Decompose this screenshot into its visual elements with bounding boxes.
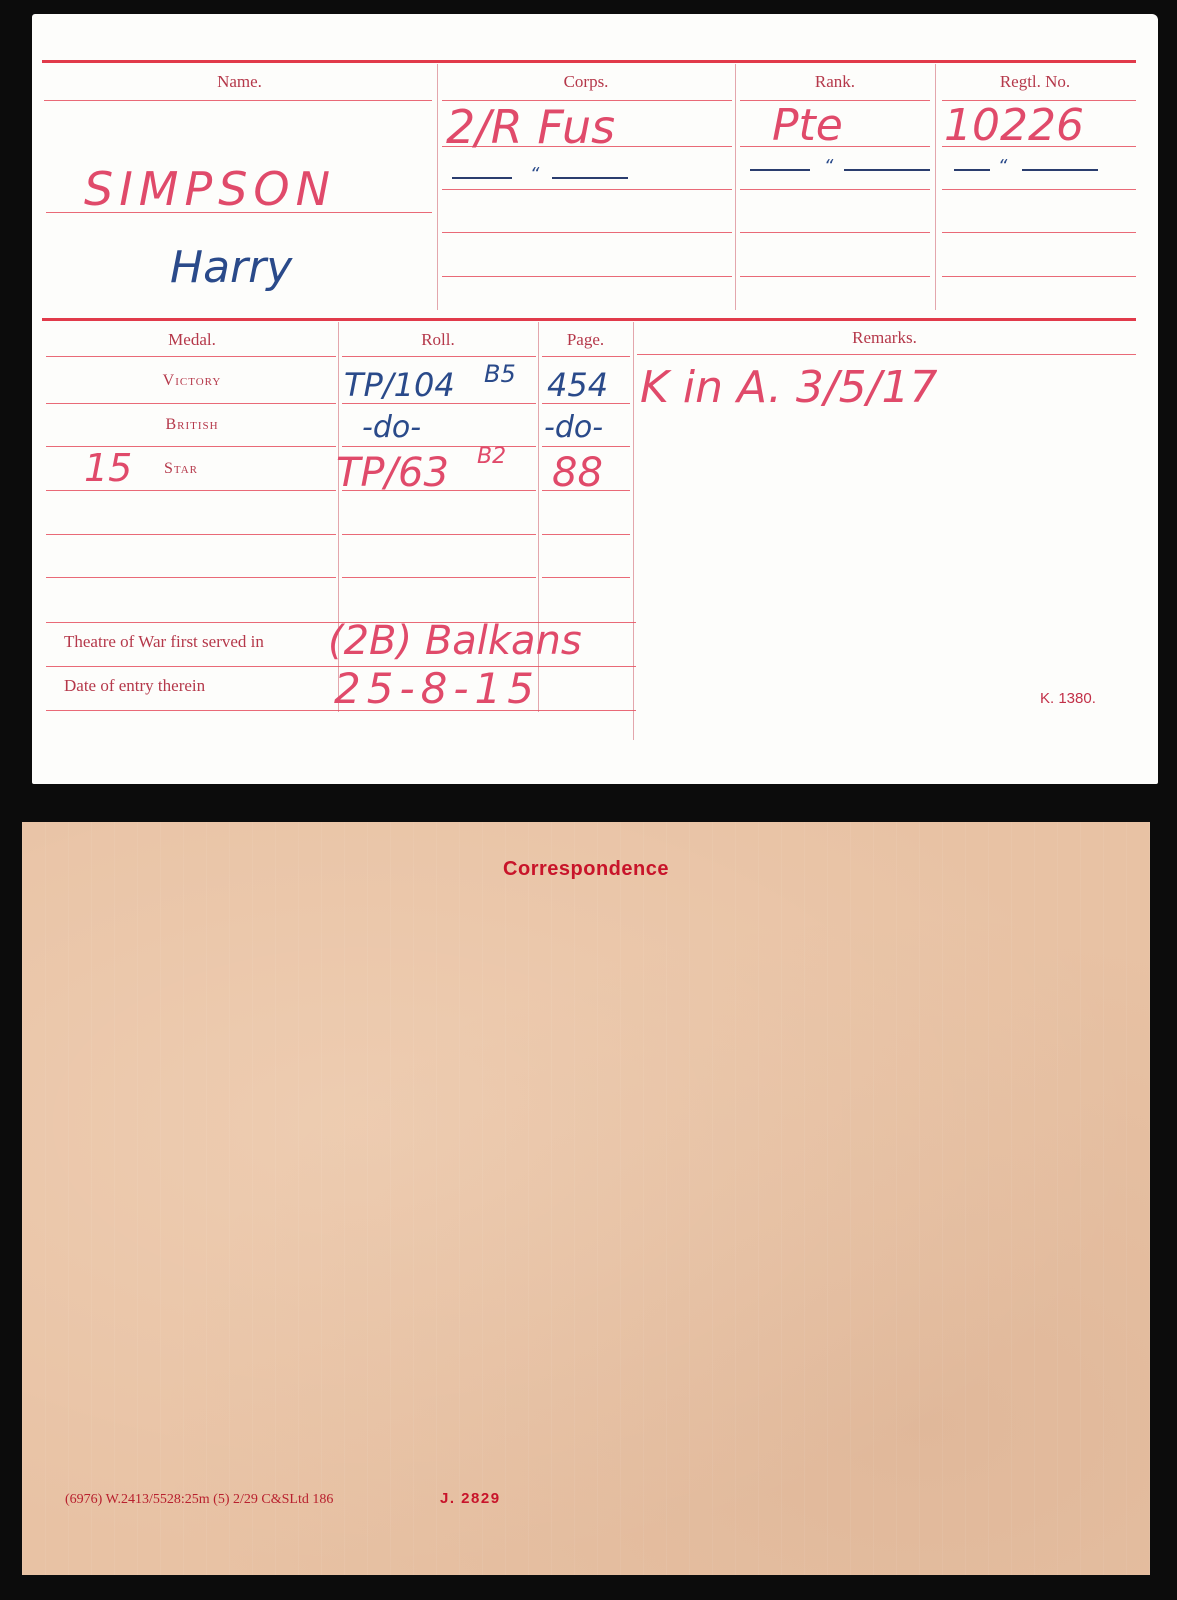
ditto-dash (552, 177, 628, 179)
rule (637, 354, 1136, 355)
rule (740, 189, 930, 190)
top-rule (42, 60, 1136, 63)
printer-line: (6976) W.2413/5528:25m (5) 2/29 C&SLtd 1… (65, 1492, 333, 1508)
rule (942, 276, 1136, 277)
page-star: 88 (552, 450, 603, 496)
rule (46, 577, 336, 578)
rule (342, 446, 536, 447)
middle-rule (42, 318, 1136, 321)
header-remarks: Remarks. (633, 328, 1136, 348)
roll-victory: TP/104 (344, 366, 455, 404)
rule (46, 356, 336, 357)
header-medal: Medal. (42, 330, 342, 350)
header-name: Name. (42, 72, 437, 92)
rule (542, 534, 630, 535)
rank-entry: Pte (772, 100, 843, 151)
correspondence-title: Correspondence (22, 858, 1150, 881)
divider (735, 64, 736, 310)
header-regtl-no: Regtl. No. (935, 72, 1135, 92)
rule (740, 276, 930, 277)
roll-british: -do- (362, 410, 421, 445)
star-prefix-entry: 15 (84, 446, 132, 490)
divider (935, 64, 936, 310)
ditto-dash (452, 177, 512, 179)
rule (542, 356, 630, 357)
header-corps: Corps. (437, 72, 735, 92)
theatre-label: Theatre of War first served in (64, 632, 264, 652)
regtl-no-entry: 10226 (944, 100, 1084, 151)
page-victory: 454 (547, 366, 608, 404)
form-number: K. 1380. (1040, 690, 1096, 707)
page-british: -do- (544, 410, 603, 445)
ditto-dash (844, 169, 930, 171)
rule (44, 100, 432, 101)
date-entry: 25-8-15 (334, 664, 540, 713)
rule (542, 446, 630, 447)
medal-card-back: Correspondence (6976) W.2413/5528:25m (5… (22, 822, 1150, 1575)
divider (633, 322, 634, 740)
rule (740, 232, 930, 233)
rule (46, 534, 336, 535)
ditto-dash (750, 169, 810, 171)
header-roll: Roll. (338, 330, 538, 350)
surname-entry: SIMPSON (84, 162, 336, 216)
rule (942, 232, 1136, 233)
divider (437, 64, 438, 310)
ditto-dash (1022, 169, 1098, 171)
rule (46, 403, 336, 404)
rule (442, 189, 732, 190)
rule (442, 232, 732, 233)
rule (46, 490, 336, 491)
medal-card-front: Name. Corps. Rank. Regtl. No. SIMPSON Ha… (32, 14, 1158, 784)
rule (942, 189, 1136, 190)
ditto-mark-corps: “ (530, 164, 539, 185)
header-rank: Rank. (735, 72, 935, 92)
form-code: J. 2829 (440, 1490, 501, 1507)
corps-entry: 2/R Fus (446, 100, 615, 154)
ditto-mark-rank: “ (824, 156, 833, 177)
roll-star-sup: B2 (477, 444, 506, 469)
roll-victory-sup: B5 (484, 360, 516, 388)
ditto-mark-regtl: “ (998, 156, 1007, 177)
roll-star: TP/63 (336, 450, 449, 496)
ditto-dash (954, 169, 990, 171)
rule (342, 577, 536, 578)
header-page: Page. (538, 330, 633, 350)
rule (342, 356, 536, 357)
medal-british: British (42, 416, 342, 434)
remarks-entry: K in A. 3/5/17 (640, 362, 937, 413)
date-label: Date of entry therein (64, 676, 205, 696)
rule (342, 534, 536, 535)
rule (442, 276, 732, 277)
medal-victory: Victory (42, 372, 342, 390)
theatre-entry: (2B) Balkans (328, 618, 582, 664)
medal-star: Star (164, 460, 224, 478)
rule (542, 577, 630, 578)
forename-entry: Harry (170, 242, 292, 293)
